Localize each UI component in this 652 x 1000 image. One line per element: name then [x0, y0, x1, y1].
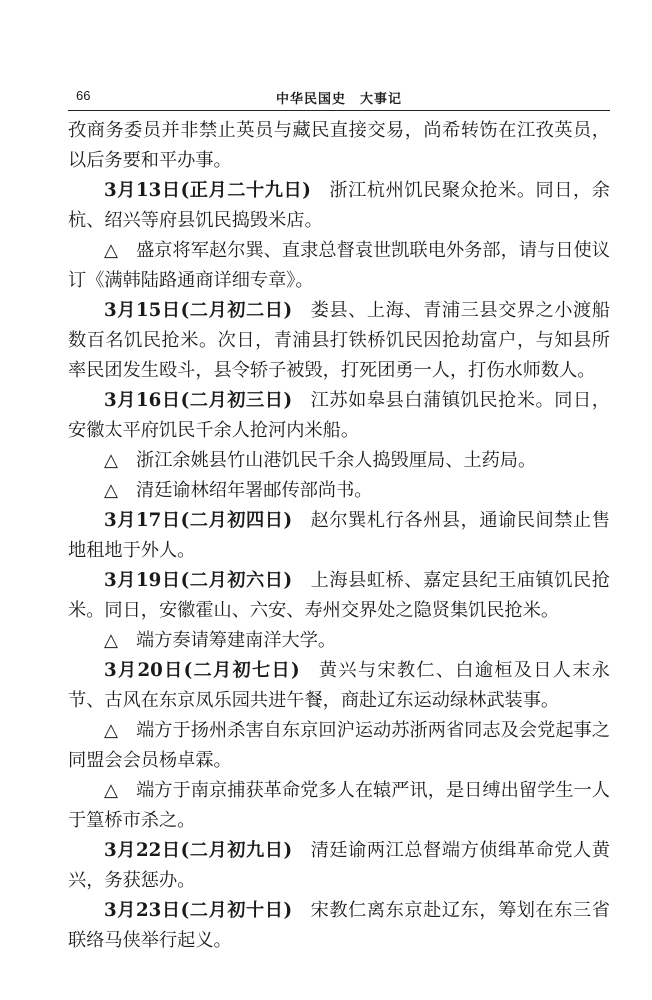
- entry-date: 3月22日(二月初九日): [104, 840, 292, 861]
- entry-dated: 3月23日(二月初十日)宋教仁离东京赴辽东，筹划在东三省联络马侠举行起义。: [68, 896, 610, 956]
- entry-date: 3月17日(二月初四日): [104, 510, 292, 531]
- entry-text: 清廷谕林绍年署邮传部尚书。: [136, 480, 372, 501]
- entry-dated: 3月19日(二月初六日)上海县虹桥、嘉定县纪王庙镇饥民抢米。同日，安徽霍山、六安…: [68, 566, 610, 626]
- entry-date: 3月19日(二月初六日): [104, 570, 292, 591]
- entry-dated: 3月13日(正月二十九日)浙江杭州饥民聚众抢米。同日，余杭、绍兴等府县饥民捣毁米…: [68, 176, 610, 236]
- entry-dated: 3月15日(二月初二日)娄县、上海、青浦三县交界之小渡船数百名饥民抢米。次日，青…: [68, 296, 610, 386]
- entry-date: 3月20日(二月初七日): [104, 660, 300, 681]
- entry-dated: 3月22日(二月初九日)清廷谕两江总督端方侦缉革命党人黄兴，务获惩办。: [68, 836, 610, 896]
- page-header: 66 中华民国史 大事记: [68, 88, 610, 108]
- triangle-icon: △: [104, 450, 118, 471]
- entry-dated: 3月16日(二月初三日)江苏如皋县白蒲镇饥民抢米。同日，安徽太平府饥民千余人抢河…: [68, 386, 610, 446]
- entry-text: 端方于扬州杀害自东京回沪运动苏浙两省同志及会党起事之同盟会会员杨卓霖。: [68, 720, 610, 771]
- header-rule: [68, 110, 610, 111]
- entry-triangle: △浙江余姚县竹山港饥民千余人捣毁厘局、土药局。: [68, 446, 610, 476]
- triangle-icon: △: [104, 240, 118, 261]
- entry-triangle: △盛京将军赵尔巽、直隶总督袁世凯联电外务部，请与日使议订《满韩陆路通商详细专章》…: [68, 236, 610, 296]
- entry-date: 3月15日(二月初二日): [104, 300, 292, 321]
- triangle-icon: △: [104, 720, 118, 741]
- entry-triangle: △清廷谕林绍年署邮传部尚书。: [68, 476, 610, 506]
- triangle-icon: △: [104, 480, 118, 501]
- entry-date: 3月23日(二月初十日): [104, 900, 292, 921]
- entry-triangle: △端方于南京捕获革命党多人在辕严讯，是日缚出留学生一人于篁桥市杀之。: [68, 776, 610, 836]
- entry-text: 端方奏请筹建南洋大学。: [136, 630, 336, 651]
- entry-date: 3月16日(二月初三日): [104, 390, 292, 411]
- entry-text: 端方于南京捕获革命党多人在辕严讯，是日缚出留学生一人于篁桥市杀之。: [68, 780, 610, 831]
- triangle-icon: △: [104, 630, 118, 651]
- entry-text: 浙江余姚县竹山港饥民千余人捣毁厘局、土药局。: [136, 450, 536, 471]
- entry-dated: 3月17日(二月初四日)赵尔巽札行各州县，通谕民间禁止售地租地于外人。: [68, 506, 610, 566]
- entry-dated: 3月20日(二月初七日)黄兴与宋教仁、白逾桓及日人末永节、古风在东京凤乐园共进午…: [68, 656, 610, 716]
- page-body: 孜商务委员并非禁止英员与藏民直接交易，尚希转饬在江孜英员，以后务要和平办事。 3…: [68, 116, 610, 956]
- paragraph-text: 孜商务委员并非禁止英员与藏民直接交易，尚希转饬在江孜英员，以后务要和平办事。: [68, 120, 610, 171]
- entry-triangle: △端方于扬州杀害自东京回沪运动苏浙两省同志及会党起事之同盟会会员杨卓霖。: [68, 716, 610, 776]
- entry-triangle: △端方奏请筹建南洋大学。: [68, 626, 610, 656]
- paragraph-continuation: 孜商务委员并非禁止英员与藏民直接交易，尚希转饬在江孜英员，以后务要和平办事。: [68, 116, 610, 176]
- triangle-icon: △: [104, 780, 118, 801]
- running-title: 中华民国史 大事记: [68, 88, 610, 107]
- entry-text: 盛京将军赵尔巽、直隶总督袁世凯联电外务部，请与日使议订《满韩陆路通商详细专章》。: [68, 240, 610, 291]
- entry-date: 3月13日(正月二十九日): [104, 180, 311, 201]
